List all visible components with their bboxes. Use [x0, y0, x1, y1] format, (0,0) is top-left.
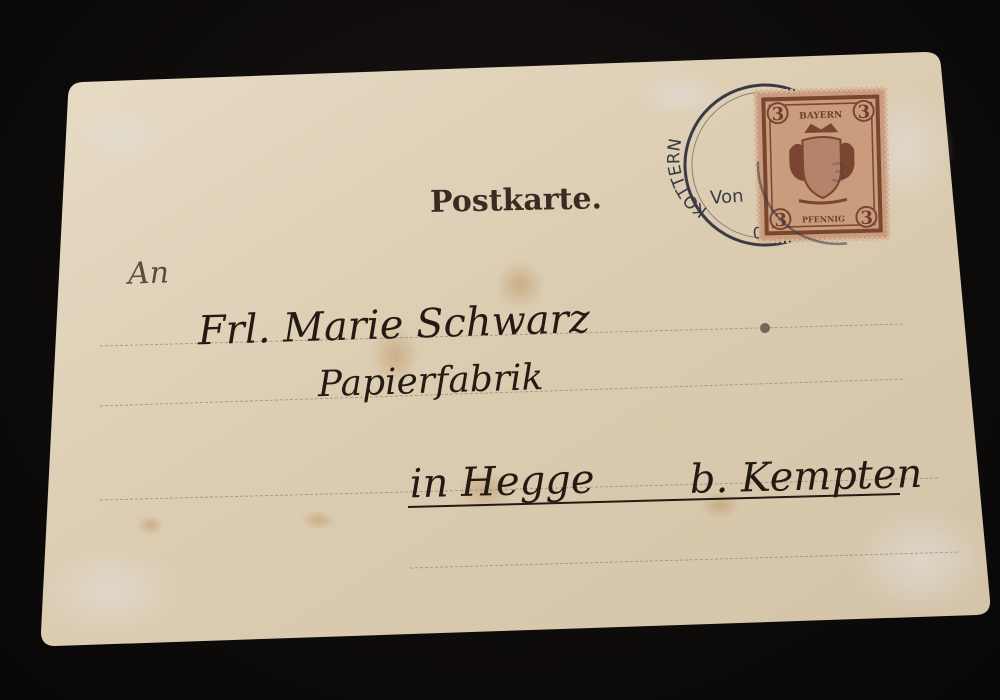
recipient-town: in Hegge: [409, 457, 595, 508]
stamp-denomination-br: 3: [860, 208, 873, 229]
postage-stamp: 3 3 3 3 BAYERN PFENNIG 3: [755, 88, 889, 246]
stamp-currency: PFENNIG: [802, 213, 845, 224]
postmark-von: Von: [709, 186, 744, 209]
postcard-heading: Postkarte.: [430, 181, 603, 220]
recipient-company: Papierfabrik: [316, 357, 544, 405]
photo-scene: Postkarte. An Frl. Marie Schwarz Papierf…: [0, 0, 1000, 700]
salutation-an: An: [124, 255, 169, 292]
stamp-denomination-tl: 3: [771, 104, 784, 125]
svg-text:3: 3: [830, 158, 847, 188]
stamp-country: BAYERN: [799, 110, 842, 121]
stamp-denomination-tr: 3: [857, 102, 870, 123]
